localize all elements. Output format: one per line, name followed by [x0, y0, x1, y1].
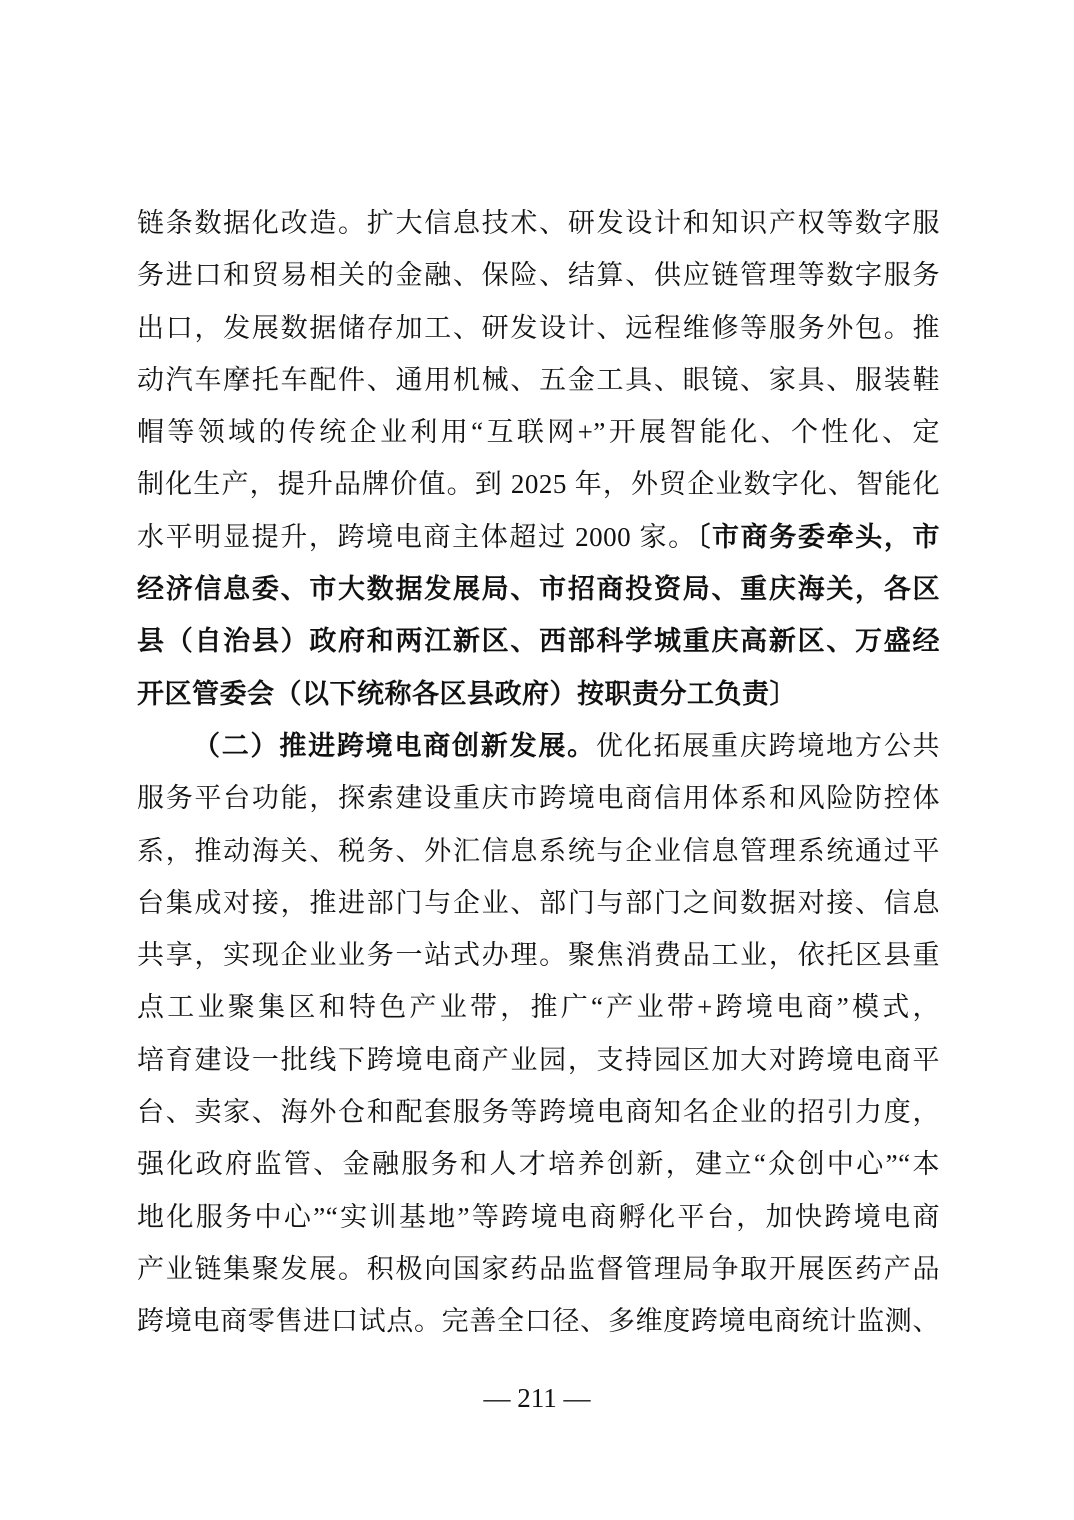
text-segment: 台集成对接，推进部门与企业、部门与部门之间数据对接、信息	[137, 888, 940, 918]
text-line: 水平明显提升，跨境电商主体超过 2000 家。〔市商务委牵头，市	[137, 511, 940, 563]
text-segment: 出口，发展数据储存加工、研发设计、远程维修等服务外包。推	[137, 313, 940, 343]
text-block: 链条数据化改造。扩大信息技术、研发设计和知识产权等数字服务进口和贸易相关的金融、…	[137, 197, 940, 1348]
text-line: 产业链集聚发展。积极向国家药品监督管理局争取开展医药产品	[137, 1243, 940, 1295]
document-page: 链条数据化改造。扩大信息技术、研发设计和知识产权等数字服务进口和贸易相关的金融、…	[0, 0, 1074, 1520]
text-segment: 强化政府监管、金融服务和人才培养创新，建立“众创中心”“本	[137, 1149, 940, 1179]
text-segment: 服务平台功能，探索建设重庆市跨境电商信用体系和风险防控体	[137, 783, 940, 813]
bold-text-segment: 〔市商务委牵头，市	[697, 522, 940, 552]
bold-text-segment: 县（自治县）政府和两江新区、西部科学城重庆高新区、万盛经	[137, 626, 940, 656]
text-segment: 务进口和贸易相关的金融、保险、结算、供应链管理等数字服务	[137, 260, 940, 290]
text-segment: 共享，实现企业业务一站式办理。聚焦消费品工业，依托区县重	[137, 940, 940, 970]
text-segment: 地化服务中心”“实训基地”等跨境电商孵化平台，加快跨境电商	[137, 1202, 940, 1232]
text-segment: 产业链集聚发展。积极向国家药品监督管理局争取开展医药产品	[137, 1254, 940, 1284]
text-line: 跨境电商零售进口试点。完善全口径、多维度跨境电商统计监测、	[137, 1295, 940, 1347]
text-line: 台、卖家、海外仓和配套服务等跨境电商知名企业的招引力度，	[137, 1086, 940, 1138]
text-segment: 制化生产，提升品牌价值。到 2025 年，外贸企业数字化、智能化	[137, 469, 940, 499]
text-segment: 台、卖家、海外仓和配套服务等跨境电商知名企业的招引力度，	[137, 1097, 940, 1127]
text-segment: 培育建设一批线下跨境电商产业园，支持园区加大对跨境电商平	[137, 1045, 940, 1075]
text-line: 动汽车摩托车配件、通用机械、五金工具、眼镜、家具、服装鞋	[137, 354, 940, 406]
text-line: 出口，发展数据储存加工、研发设计、远程维修等服务外包。推	[137, 302, 940, 354]
text-segment: 系，推动海关、税务、外汇信息系统与企业信息管理系统通过平	[137, 836, 940, 866]
text-segment: 水平明显提升，跨境电商主体超过 2000 家。	[137, 522, 697, 552]
text-line: 地化服务中心”“实训基地”等跨境电商孵化平台，加快跨境电商	[137, 1191, 940, 1243]
bold-text-segment: 开区管委会（以下统称各区县政府）按职责分工负责〕	[137, 679, 797, 709]
text-line: 强化政府监管、金融服务和人才培养创新，建立“众创中心”“本	[137, 1138, 940, 1190]
bold-text-segment: （二）推进跨境电商创新发展。	[193, 731, 596, 761]
text-segment: 跨境电商零售进口试点。完善全口径、多维度跨境电商统计监测、	[137, 1306, 940, 1336]
text-line: 制化生产，提升品牌价值。到 2025 年，外贸企业数字化、智能化	[137, 458, 940, 510]
bold-text-segment: 经济信息委、市大数据发展局、市招商投资局、重庆海关，各区	[137, 574, 940, 604]
text-line: 务进口和贸易相关的金融、保险、结算、供应链管理等数字服务	[137, 249, 940, 301]
text-line: （二）推进跨境电商创新发展。优化拓展重庆跨境地方公共	[137, 720, 940, 772]
text-line: 开区管委会（以下统称各区县政府）按职责分工负责〕	[137, 668, 940, 720]
text-segment: 动汽车摩托车配件、通用机械、五金工具、眼镜、家具、服装鞋	[137, 365, 940, 395]
text-line: 培育建设一批线下跨境电商产业园，支持园区加大对跨境电商平	[137, 1034, 940, 1086]
text-segment: 优化拓展重庆跨境地方公共	[596, 731, 940, 761]
text-segment: 帽等领域的传统企业利用“互联网+”开展智能化、个性化、定	[137, 417, 940, 447]
page-footer: — 211 —	[0, 1378, 1074, 1418]
page-number: — 211 —	[484, 1383, 591, 1413]
text-line: 帽等领域的传统企业利用“互联网+”开展智能化、个性化、定	[137, 406, 940, 458]
text-line: 点工业聚集区和特色产业带，推广“产业带+跨境电商”模式，	[137, 981, 940, 1033]
text-line: 系，推动海关、税务、外汇信息系统与企业信息管理系统通过平	[137, 825, 940, 877]
text-line: 台集成对接，推进部门与企业、部门与部门之间数据对接、信息	[137, 877, 940, 929]
text-line: 经济信息委、市大数据发展局、市招商投资局、重庆海关，各区	[137, 563, 940, 615]
text-segment: 点工业聚集区和特色产业带，推广“产业带+跨境电商”模式，	[137, 992, 940, 1022]
text-line: 链条数据化改造。扩大信息技术、研发设计和知识产权等数字服	[137, 197, 940, 249]
text-line: 服务平台功能，探索建设重庆市跨境电商信用体系和风险防控体	[137, 772, 940, 824]
text-line: 共享，实现企业业务一站式办理。聚焦消费品工业，依托区县重	[137, 929, 940, 981]
text-segment: 链条数据化改造。扩大信息技术、研发设计和知识产权等数字服	[137, 208, 940, 238]
text-line: 县（自治县）政府和两江新区、西部科学城重庆高新区、万盛经	[137, 615, 940, 667]
